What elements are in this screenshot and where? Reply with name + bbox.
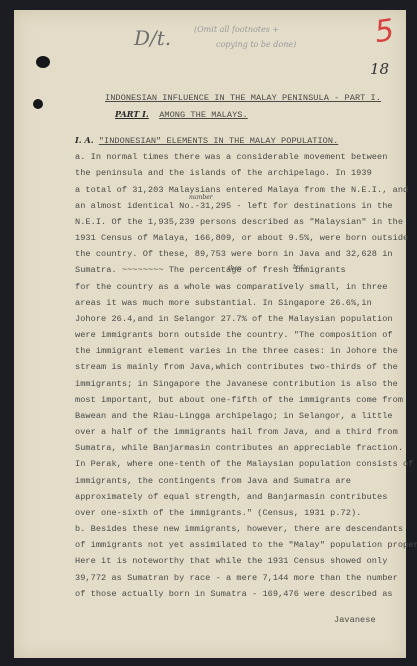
body-line: 1931 Census of Malaya, 166,809, or about… xyxy=(75,233,408,243)
body-line: N.E.I. Of the 1,935,239 persons describe… xyxy=(75,217,403,227)
body-line: Here it is noteworthy that while the 193… xyxy=(75,556,387,566)
body-line: a. In normal times there was a considera… xyxy=(75,152,387,162)
body-line: stream is mainly from Java,which contrib… xyxy=(75,362,398,372)
document-title: INDONESIAN INFLUENCE IN THE MALAY PENINS… xyxy=(105,93,381,103)
body-line: Sumatra, while Banjarmasin contributes a… xyxy=(75,443,403,453)
body-line: immigrants, the contingents from Java an… xyxy=(75,476,351,486)
body-line: over a half of the immigrants hail from … xyxy=(75,427,398,437)
section-heading: I. A. "INDONESIAN" ELEMENTS IN THE MALAY… xyxy=(75,135,338,146)
body-line: areas it was much more substantial. In S… xyxy=(75,298,372,308)
body-line: were immigrants born outside the country… xyxy=(75,330,393,340)
body-line: of immigrants not yet assimilated to the… xyxy=(75,540,417,550)
body-line: Johore 26.4,and in Selangor 27.7% of the… xyxy=(75,314,393,324)
pencil-note-line2: copying to be done) xyxy=(216,40,296,49)
page-number: 18 xyxy=(370,60,389,78)
body-line: a total of 31,203 Malaysians entered Mal… xyxy=(75,185,408,195)
section-title: "INDONESIAN" ELEMENTS IN THE MALAY POPUL… xyxy=(99,136,339,146)
insertion-number: number xyxy=(189,194,213,201)
body-line: for the country as a whole was comparati… xyxy=(75,282,387,292)
section-prefix: I. A. xyxy=(75,135,94,145)
body-line: approximately of equal strength, and Ban… xyxy=(75,492,387,502)
part-heading: PART I. AMONG THE MALAYS. xyxy=(115,109,248,120)
pencil-note-line1: (Omit all footnotes + xyxy=(194,25,279,34)
catchword: Javanese xyxy=(334,615,376,625)
body-line: b. Besides these new immigrants, however… xyxy=(75,524,403,534)
punch-hole-bottom xyxy=(33,99,43,109)
body-line: Sumatra. ~~~~~~~~ The percentage of fres… xyxy=(75,265,346,275)
body-line: the immigrant element varies in the thre… xyxy=(75,346,398,356)
punch-hole-top xyxy=(36,56,50,68)
body-line: of those actually born in Sumatra - 169,… xyxy=(75,589,393,599)
body-line: the country. Of these, 89,753 were born … xyxy=(75,249,393,259)
body-line: most important, but about one-fifth of t… xyxy=(75,395,403,405)
body-line: immigrants; in Singapore the Javanese co… xyxy=(75,379,398,389)
part-label: PART I. xyxy=(115,109,149,119)
body-line: In Perak, where one-tenth of the Malaysi… xyxy=(75,459,413,469)
body-line: 39,772 as Sumatran by race - a mere 7,14… xyxy=(75,573,398,583)
part-title: AMONG THE MALAYS. xyxy=(159,110,248,120)
initials-annotation: D/t. xyxy=(134,26,171,50)
body-line: the peninsula and the islands of the arc… xyxy=(75,168,372,178)
body-line: over one-sixth of the immigrants." (Cens… xyxy=(75,508,361,518)
body-line: Bawean and the Riau-Lingga archipelago; … xyxy=(75,411,393,421)
body-line: an almost identical No.-31,295 - left fo… xyxy=(75,201,393,211)
